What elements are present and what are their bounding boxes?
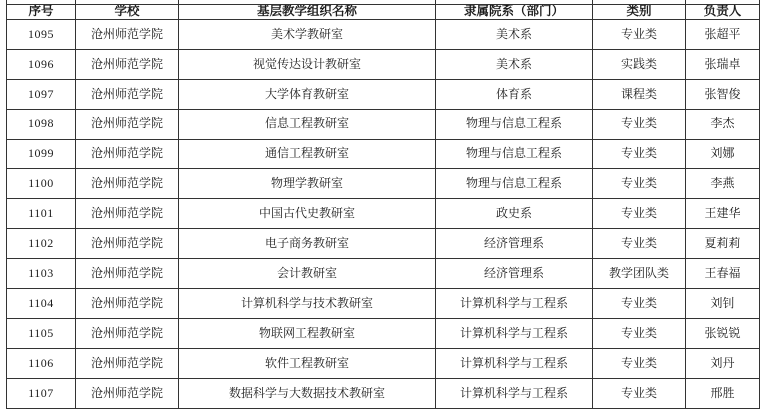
cell-org-name: 计算机科学与技术教研室	[179, 289, 436, 319]
cell-category: 专业类	[593, 139, 686, 169]
org-table-container: 序号学校基层教学组织名称隶属院系（部门）类别负责人 1095沧州师范学院美术学教…	[6, 4, 759, 409]
table-row: 1097沧州师范学院大学体育教研室体育系课程类张智俊	[7, 79, 760, 109]
cell-department: 政史系	[436, 199, 593, 229]
header-row: 序号学校基层教学组织名称隶属院系（部门）类别负责人	[7, 5, 760, 20]
table-row: 1106沧州师范学院软件工程教研室计算机科学与工程系专业类刘丹	[7, 349, 760, 379]
cell-school: 沧州师范学院	[76, 259, 179, 289]
cell-department: 美术系	[436, 49, 593, 79]
cell-org-name: 物理学教研室	[179, 169, 436, 199]
cell-department: 计算机科学与工程系	[436, 349, 593, 379]
cell-index: 1105	[7, 319, 76, 349]
cell-leader: 王建华	[686, 199, 760, 229]
column-header-index: 序号	[7, 5, 76, 20]
cell-leader: 刘丹	[686, 349, 760, 379]
table-row: 1107沧州师范学院数据科学与大数据技术教研室计算机科学与工程系专业类邢胜	[7, 379, 760, 409]
cell-org-name: 视觉传达设计教研室	[179, 49, 436, 79]
column-header-school: 学校	[76, 5, 179, 20]
table-row: 1100沧州师范学院物理学教研室物理与信息工程系专业类李燕	[7, 169, 760, 199]
cell-department: 计算机科学与工程系	[436, 319, 593, 349]
cell-school: 沧州师范学院	[76, 139, 179, 169]
cell-org-name: 物联网工程教研室	[179, 319, 436, 349]
cell-index: 1100	[7, 169, 76, 199]
cell-index: 1102	[7, 229, 76, 259]
cell-leader: 刘娜	[686, 139, 760, 169]
cell-school: 沧州师范学院	[76, 289, 179, 319]
table-row: 1098沧州师范学院信息工程教研室物理与信息工程系专业类李杰	[7, 109, 760, 139]
table-row: 1105沧州师范学院物联网工程教研室计算机科学与工程系专业类张锐锐	[7, 319, 760, 349]
cell-category: 专业类	[593, 379, 686, 409]
cell-category: 专业类	[593, 289, 686, 319]
table-row: 1096沧州师范学院视觉传达设计教研室美术系实践类张瑞卓	[7, 49, 760, 79]
cell-school: 沧州师范学院	[76, 79, 179, 109]
table-row: 1103沧州师范学院会计教研室经济管理系教学团队类王春福	[7, 259, 760, 289]
cell-category: 专业类	[593, 319, 686, 349]
table-body: 1095沧州师范学院美术学教研室美术系专业类张超平1096沧州师范学院视觉传达设…	[7, 19, 760, 408]
cell-department: 经济管理系	[436, 229, 593, 259]
cell-index: 1107	[7, 379, 76, 409]
cell-org-name: 电子商务教研室	[179, 229, 436, 259]
cell-index: 1098	[7, 109, 76, 139]
table-row: 1095沧州师范学院美术学教研室美术系专业类张超平	[7, 19, 760, 49]
cell-org-name: 大学体育教研室	[179, 79, 436, 109]
column-header-leader: 负责人	[686, 5, 760, 20]
cell-category: 专业类	[593, 19, 686, 49]
cell-leader: 张超平	[686, 19, 760, 49]
cell-school: 沧州师范学院	[76, 319, 179, 349]
cell-org-name: 中国古代史教研室	[179, 199, 436, 229]
cell-school: 沧州师范学院	[76, 109, 179, 139]
cell-category: 教学团队类	[593, 259, 686, 289]
cell-school: 沧州师范学院	[76, 49, 179, 79]
column-header-category: 类别	[593, 5, 686, 20]
cell-leader: 邢胜	[686, 379, 760, 409]
cell-index: 1103	[7, 259, 76, 289]
cell-index: 1096	[7, 49, 76, 79]
cell-school: 沧州师范学院	[76, 199, 179, 229]
document-page: 序号学校基层教学组织名称隶属院系（部门）类别负责人 1095沧州师范学院美术学教…	[0, 0, 766, 413]
cell-leader: 夏莉莉	[686, 229, 760, 259]
table-row: 1102沧州师范学院电子商务教研室经济管理系专业类夏莉莉	[7, 229, 760, 259]
cell-category: 实践类	[593, 49, 686, 79]
column-header-department: 隶属院系（部门）	[436, 5, 593, 20]
cell-department: 物理与信息工程系	[436, 169, 593, 199]
cell-leader: 张锐锐	[686, 319, 760, 349]
cell-index: 1101	[7, 199, 76, 229]
cell-leader: 王春福	[686, 259, 760, 289]
cell-org-name: 信息工程教研室	[179, 109, 436, 139]
cell-category: 专业类	[593, 109, 686, 139]
cell-index: 1097	[7, 79, 76, 109]
cell-category: 专业类	[593, 199, 686, 229]
cell-category: 专业类	[593, 349, 686, 379]
cell-index: 1099	[7, 139, 76, 169]
cell-org-name: 通信工程教研室	[179, 139, 436, 169]
cell-category: 专业类	[593, 169, 686, 199]
cell-leader: 刘钊	[686, 289, 760, 319]
column-header-org-name: 基层教学组织名称	[179, 5, 436, 20]
cell-department: 美术系	[436, 19, 593, 49]
cell-leader: 李燕	[686, 169, 760, 199]
cell-department: 计算机科学与工程系	[436, 379, 593, 409]
cell-leader: 张智俊	[686, 79, 760, 109]
cell-org-name: 软件工程教研室	[179, 349, 436, 379]
cell-school: 沧州师范学院	[76, 19, 179, 49]
cell-index: 1104	[7, 289, 76, 319]
table-row: 1104沧州师范学院计算机科学与技术教研室计算机科学与工程系专业类刘钊	[7, 289, 760, 319]
cell-school: 沧州师范学院	[76, 229, 179, 259]
cell-org-name: 美术学教研室	[179, 19, 436, 49]
cell-index: 1106	[7, 349, 76, 379]
cell-department: 物理与信息工程系	[436, 109, 593, 139]
cell-leader: 张瑞卓	[686, 49, 760, 79]
cell-category: 课程类	[593, 79, 686, 109]
cell-category: 专业类	[593, 229, 686, 259]
cell-leader: 李杰	[686, 109, 760, 139]
cell-department: 计算机科学与工程系	[436, 289, 593, 319]
cell-index: 1095	[7, 19, 76, 49]
cell-department: 经济管理系	[436, 259, 593, 289]
table-row: 1101沧州师范学院中国古代史教研室政史系专业类王建华	[7, 199, 760, 229]
cell-org-name: 会计教研室	[179, 259, 436, 289]
cell-org-name: 数据科学与大数据技术教研室	[179, 379, 436, 409]
cell-department: 体育系	[436, 79, 593, 109]
table-row: 1099沧州师范学院通信工程教研室物理与信息工程系专业类刘娜	[7, 139, 760, 169]
cell-department: 物理与信息工程系	[436, 139, 593, 169]
cell-school: 沧州师范学院	[76, 379, 179, 409]
cell-school: 沧州师范学院	[76, 349, 179, 379]
cell-school: 沧州师范学院	[76, 169, 179, 199]
teaching-org-table: 序号学校基层教学组织名称隶属院系（部门）类别负责人 1095沧州师范学院美术学教…	[6, 4, 760, 409]
